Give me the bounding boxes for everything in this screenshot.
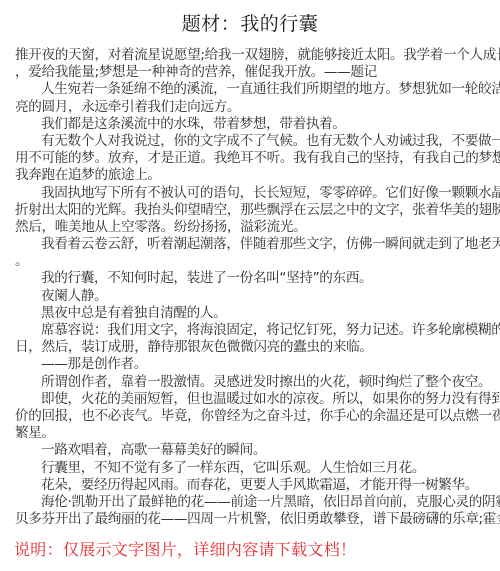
text-line: 花朵，要经历得起风雨。而春花，更要人手风欺霜逼，才能开得一树繁华。 <box>15 477 487 494</box>
text-line: 折射出太阳的光辉。我抬头仰望晴空，那些飘浮在云层之中的文字，张着华美的翅膀， <box>15 202 487 219</box>
text-line: 用不可能的梦。放弃，才是正道。我绝耳不听。我有我自己的坚持，有我自己的梦想。 <box>15 150 487 167</box>
text-line: 海伦·凯勒开出了最鲜艳的花——前途一片黑暗，依旧昂首向前，克服心灵的阴霾; <box>15 494 487 511</box>
text-line: 我们都是这条溪流中的水珠，带着梦想，带着执着。 <box>15 116 487 133</box>
text-line: 即使，火花的美丽短暂，但也温暖过如水的凉夜。所以，如果你的努力没有得到等 <box>15 391 487 408</box>
text-line: 贝多芬开出了最绚丽的花——四周一片机警，依旧勇敢攀登，谱下最磅礴的乐章;霍金 <box>15 511 487 528</box>
text-line: 夜阑人静。 <box>15 288 487 305</box>
text-line: 我看着云卷云舒，听着潮起潮落，伴随着那些文字，仿佛一瞬间就走到了地老天荒 <box>15 236 487 253</box>
text-line: 我固执地写下所有不被认可的语句，长长短短，零零碎碎。它们好像一颗颗水晶， <box>15 185 487 202</box>
text-line: 。 <box>15 253 487 270</box>
text-line: 价的回报，也不必丧气。毕竟，你曾经为之奋斗过，你手心的余温还是可以点燃一夜的 <box>15 408 487 425</box>
text-line: 人生宛若一条延绵不绝的溪流，一直通往我们所期望的地方。梦想犹如一轮皎洁明 <box>15 81 487 98</box>
document-body: 推开夜的天窗，对着流星说愿望;给我一双翅膀，就能够接近太阳。我学着一个人成长 ，… <box>15 47 487 528</box>
text-line: 行囊里，不知不觉有多了一样东西，它叫乐观。人生恰如三月花。 <box>15 460 487 477</box>
text-line: 亮的圆月，永远牵引着我们走向远方。 <box>15 99 487 116</box>
text-line: 繁星。 <box>15 425 487 442</box>
text-line: 然后，唯美地从上空零落。纷纷扬扬，溢彩流光。 <box>15 219 487 236</box>
text-line: 我奔跑在追梦的旅途上。 <box>15 167 487 184</box>
text-line: 所谓创作者，靠着一股激情。灵感迸发时擦出的火花，顿时绚烂了整个夜空。 <box>15 374 487 391</box>
text-line: 一路欢唱着，高歌一幕幕美好的瞬间。 <box>15 442 487 459</box>
text-line: 黑夜中总是有着独自清醒的人。 <box>15 305 487 322</box>
text-line: ，爱给我能量;梦想是一种神奇的营养，催促我开放。——题记 <box>15 64 487 81</box>
text-line: 有无数个人对我说过，你的文字成不了气候。也有无数个人劝诫过我，不要做一些 <box>15 133 487 150</box>
text-line: ——那是创作者。 <box>15 356 487 373</box>
download-notice: 说明：仅展示文字图片，详细内容请下载文档！ <box>14 537 356 563</box>
text-line: 我的行囊，不知何时起，装进了一份名叫“坚持”的东西。 <box>15 270 487 287</box>
text-line: 席慕容说：我们用文字，将海浪固定，将记忆钉死，努力记述。许多轮廓模糊的昨 <box>15 322 487 339</box>
document-title: 题材：我的行囊 <box>0 10 500 38</box>
text-line: 日，然后，装订成册，静待那银灰色微微闪亮的蠹虫的来临。 <box>15 339 487 356</box>
text-line: 推开夜的天窗，对着流星说愿望;给我一双翅膀，就能够接近太阳。我学着一个人成长 <box>15 47 487 64</box>
